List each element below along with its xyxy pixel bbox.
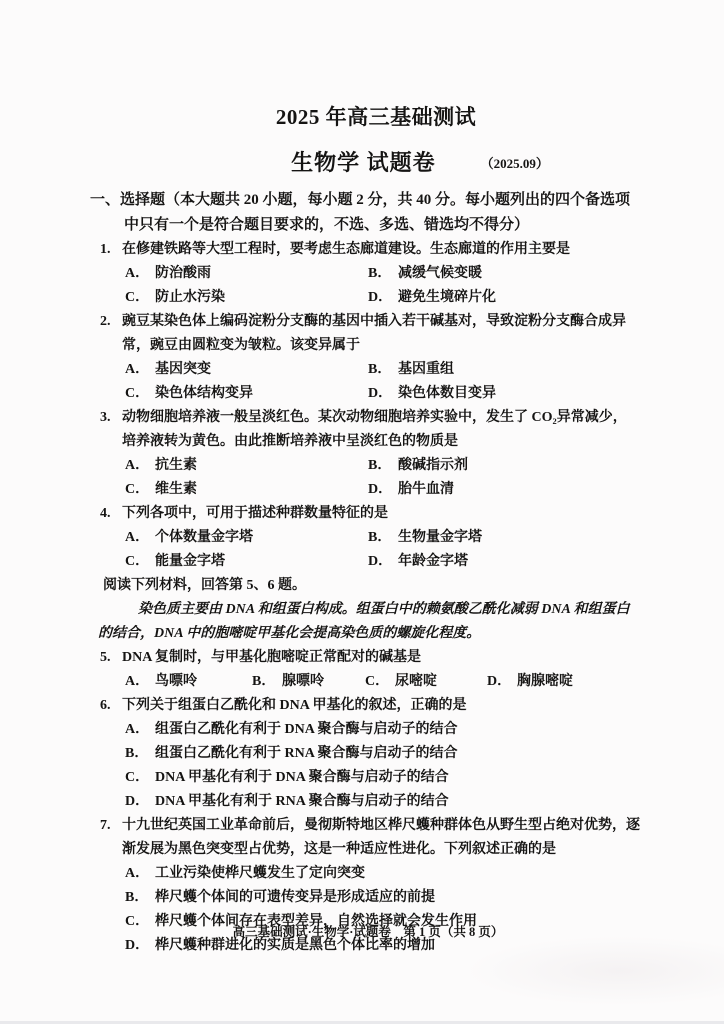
page-title: 2025 年高三基础测试	[276, 101, 476, 131]
option-label: C．	[125, 550, 155, 574]
option-text: DNA 甲基化有利于 RNA 聚合酶与启动子的结合	[155, 794, 449, 809]
option-text: 桦尺蠖个体间的可遗传变异是形成适应的前提	[155, 890, 435, 905]
scan-shadow	[464, 936, 724, 1006]
option-label: A．	[125, 454, 155, 478]
option-text: 染色体数目变异	[398, 386, 496, 401]
option-text: 防止水污染	[155, 290, 225, 305]
option-text: 避免生境碎片化	[398, 290, 496, 305]
option-text: 组蛋白乙酰化有利于 RNA 聚合酶与启动子的结合	[155, 746, 458, 761]
question-stem: 在修建铁路等大型工程时，要考虑生态廊道建设。生态廊道的作用主要是	[122, 242, 570, 257]
question-4-options: A．个体数量金字塔 B．生物量金字塔 C．能量金字塔 D．年龄金字塔	[125, 526, 640, 574]
option-label: A．	[125, 358, 155, 382]
option-text: 基因突变	[155, 362, 211, 377]
option-item: C．染色体结构变异	[125, 382, 368, 406]
question-number: 6.	[100, 694, 122, 718]
question-6-options: A．组蛋白乙酰化有利于 DNA 聚合酶与启动子的结合 B．组蛋白乙酰化有利于 R…	[125, 718, 640, 814]
option-item: D．年龄金字塔	[368, 550, 640, 574]
option-text: 染色体结构变异	[155, 386, 253, 401]
exam-body: 一、选择题（本大题共 20 小题，每小题 2 分，共 40 分。每小题列出的四个…	[90, 188, 640, 958]
option-label: D．	[125, 790, 155, 814]
option-label: D．	[368, 382, 398, 406]
question-1: 1.在修建铁路等大型工程时，要考虑生态廊道建设。生态廊道的作用主要是 A．防治酸…	[100, 238, 640, 310]
option-label: C．	[125, 766, 155, 790]
question-3: 3.动物细胞培养液一般呈淡红色。某次动物细胞培养实验中，发生了 CO₂异常减少，…	[100, 406, 640, 502]
option-text: 胎牛血清	[398, 482, 454, 497]
option-label: C．	[125, 478, 155, 502]
option-text: 生物量金字塔	[398, 530, 482, 545]
option-label: A．	[125, 526, 155, 550]
option-item: B．组蛋白乙酰化有利于 RNA 聚合酶与启动子的结合	[125, 742, 640, 766]
option-label: B．	[368, 262, 398, 286]
option-text: 酸碱指示剂	[398, 458, 468, 473]
option-label: B．	[125, 886, 155, 910]
option-item: D．胎牛血清	[368, 478, 640, 502]
option-label: B．	[368, 454, 398, 478]
question-stem: DNA 复制时，与甲基化胞嘧啶正常配对的碱基是	[122, 650, 421, 665]
option-text: 腺嘌呤	[282, 674, 324, 689]
option-label: D．	[368, 550, 398, 574]
question-2-options: A．基因突变 B．基因重组 C．染色体结构变异 D．染色体数目变异	[125, 358, 640, 406]
option-text: 基因重组	[398, 362, 454, 377]
option-text: 工业污染使桦尺蠖发生了定向突变	[155, 866, 365, 881]
question-stem: 豌豆某染色体上编码淀粉分支酶的基因中插入若干碱基对，导致淀粉分支酶合成异常，豌豆…	[122, 314, 626, 353]
question-1-options: A．防治酸雨 B．减缓气候变暖 C．防止水污染 D．避免生境碎片化	[125, 262, 640, 310]
page-footer-text: 高三基础测试·生物学·试题卷 第 1 页（共 8 页）	[233, 922, 504, 940]
option-item: C．DNA 甲基化有利于 DNA 聚合酶与启动子的结合	[125, 766, 640, 790]
question-number: 7.	[100, 814, 122, 838]
question-number: 5.	[100, 646, 122, 670]
question-4: 4.下列各项中，可用于描述种群数量特征的是 A．个体数量金字塔 B．生物量金字塔…	[100, 502, 640, 574]
option-item: D．避免生境碎片化	[368, 286, 640, 310]
option-label: D．	[487, 670, 517, 694]
option-label: A．	[125, 262, 155, 286]
question-number: 2.	[100, 310, 122, 334]
question-6: 6.下列关于组蛋白乙酰化和 DNA 甲基化的叙述，正确的是 A．组蛋白乙酰化有利…	[100, 694, 640, 814]
option-text: 减缓气候变暖	[398, 266, 482, 281]
option-item: D．DNA 甲基化有利于 RNA 聚合酶与启动子的结合	[125, 790, 640, 814]
option-item: A．抗生素	[125, 454, 368, 478]
option-item: A．基因突变	[125, 358, 368, 382]
option-item: B．腺嘌呤	[252, 670, 365, 694]
exam-paper-page: 2025 年高三基础测试 生物学 试题卷（2025.09） 一、选择题（本大题共…	[0, 0, 724, 1024]
option-label: D．	[368, 286, 398, 310]
option-text: 防治酸雨	[155, 266, 211, 281]
exam-date: （2025.09）	[481, 156, 549, 171]
option-label: B．	[252, 670, 282, 694]
option-text: 个体数量金字塔	[155, 530, 253, 545]
reading-material: 染色质主要由 DNA 和组蛋白构成。组蛋白中的赖氨酸乙酰化减弱 DNA 和组蛋白…	[98, 598, 640, 646]
option-text: 能量金字塔	[155, 554, 225, 569]
option-item: B．基因重组	[368, 358, 640, 382]
page-subtitle: 生物学 试题卷	[291, 150, 436, 175]
option-label: B．	[368, 358, 398, 382]
option-text: 组蛋白乙酰化有利于 DNA 聚合酶与启动子的结合	[155, 722, 458, 737]
question-5: 5.DNA 复制时，与甲基化胞嘧啶正常配对的碱基是 A．鸟嘌呤 B．腺嘌呤 C．…	[100, 646, 640, 694]
question-stem: 下列关于组蛋白乙酰化和 DNA 甲基化的叙述，正确的是	[122, 698, 467, 713]
option-label: A．	[125, 670, 155, 694]
option-label: C．	[125, 286, 155, 310]
option-item: B．桦尺蠖个体间的可遗传变异是形成适应的前提	[125, 886, 640, 910]
option-label: A．	[125, 862, 155, 886]
option-item: D．染色体数目变异	[368, 382, 640, 406]
option-item: B．生物量金字塔	[368, 526, 640, 550]
option-item: A．组蛋白乙酰化有利于 DNA 聚合酶与启动子的结合	[125, 718, 640, 742]
option-label: B．	[125, 742, 155, 766]
option-item: A．防治酸雨	[125, 262, 368, 286]
option-label: B．	[368, 526, 398, 550]
option-text: 鸟嘌呤	[155, 674, 197, 689]
option-item: A．工业污染使桦尺蠖发生了定向突变	[125, 862, 640, 886]
option-label: A．	[125, 718, 155, 742]
option-text: 抗生素	[155, 458, 197, 473]
question-number: 4.	[100, 502, 122, 526]
option-item: B．减缓气候变暖	[368, 262, 640, 286]
question-2: 2.豌豆某染色体上编码淀粉分支酶的基因中插入若干碱基对，导致淀粉分支酶合成异常，…	[100, 310, 640, 406]
option-item: D．胸腺嘧啶	[487, 670, 573, 694]
option-text: 桦尺蠖种群进化的实质是黑色个体比率的增加	[155, 938, 435, 953]
option-text: 年龄金字塔	[398, 554, 468, 569]
question-5-options: A．鸟嘌呤 B．腺嘌呤 C．尿嘧啶 D．胸腺嘧啶	[125, 670, 640, 694]
option-text: 尿嘧啶	[395, 674, 437, 689]
reading-note: 阅读下列材料，回答第 5、6 题。	[103, 574, 640, 598]
question-stem: 动物细胞培养液一般呈淡红色。某次动物细胞培养实验中，发生了 CO₂异常减少，培养…	[122, 410, 627, 449]
question-number: 1.	[100, 238, 122, 262]
option-item: B．酸碱指示剂	[368, 454, 640, 478]
option-item: C．能量金字塔	[125, 550, 368, 574]
question-3-options: A．抗生素 B．酸碱指示剂 C．维生素 D．胎牛血清	[125, 454, 640, 502]
option-item: C．尿嘧啶	[365, 670, 487, 694]
question-stem: 十九世纪英国工业革命前后，曼彻斯特地区桦尺蠖种群体色从野生型占绝对优势，逐渐发展…	[122, 818, 640, 857]
question-stem: 下列各项中，可用于描述种群数量特征的是	[122, 506, 388, 521]
option-item: A．个体数量金字塔	[125, 526, 368, 550]
section-heading: 一、选择题（本大题共 20 小题，每小题 2 分，共 40 分。每小题列出的四个…	[90, 188, 640, 238]
option-text: DNA 甲基化有利于 DNA 聚合酶与启动子的结合	[155, 770, 449, 785]
option-item: A．鸟嘌呤	[125, 670, 252, 694]
option-label: C．	[125, 382, 155, 406]
option-item: C．维生素	[125, 478, 368, 502]
question-number: 3.	[100, 406, 122, 430]
option-label: C．	[365, 670, 395, 694]
option-item: C．防止水污染	[125, 286, 368, 310]
option-text: 胸腺嘧啶	[517, 674, 573, 689]
option-label: D．	[368, 478, 398, 502]
option-text: 维生素	[155, 482, 197, 497]
